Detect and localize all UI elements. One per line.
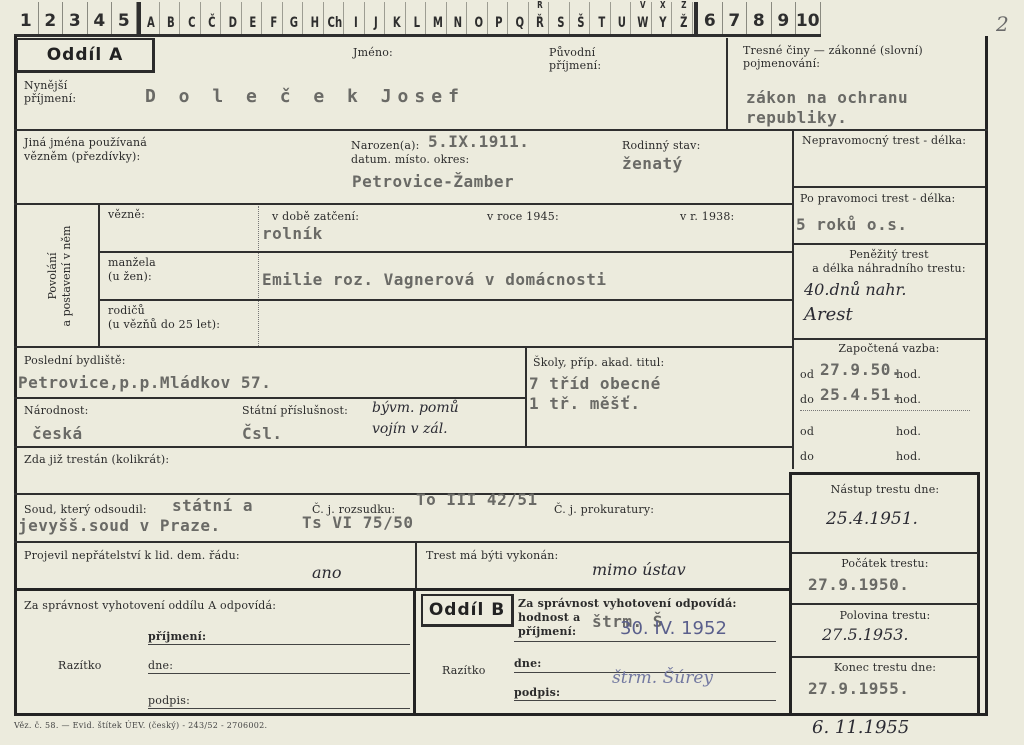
index-tab-o: O bbox=[471, 2, 487, 34]
section-b-date-label: dne: bbox=[514, 657, 542, 670]
custody-row-label: od bbox=[800, 425, 814, 438]
offences-value-line1[interactable]: zákon na ochranu bbox=[746, 88, 908, 107]
aliases-label-line2: vězněm (přezdívky): bbox=[24, 150, 140, 163]
index-tab-u: U bbox=[614, 2, 630, 34]
index-tab-y: XY bbox=[655, 2, 671, 34]
section-a-stamp-label: Razítko bbox=[58, 659, 102, 672]
index-tab-ř: RŘ bbox=[532, 2, 548, 34]
custody-hour-label: hod. bbox=[896, 450, 921, 463]
index-tab-5: 5 bbox=[112, 2, 137, 34]
marital-status-label: Rodinný stav: bbox=[622, 139, 701, 152]
start-date-label: Nástup trestu dne: bbox=[792, 483, 978, 496]
final-sentence-value[interactable]: 5 roků o.s. bbox=[796, 215, 907, 234]
final-sentence-label: Po pravomoci trest - délka: bbox=[800, 192, 955, 205]
index-tab-l: L bbox=[409, 2, 425, 34]
court-value-line1[interactable]: státní a bbox=[172, 496, 253, 515]
fine-label-line1: Peněžitý trest bbox=[795, 248, 983, 261]
born-place-label: datum. místo. okres: bbox=[351, 153, 469, 166]
section-b-stamp-label: Razítko bbox=[442, 664, 486, 677]
occupation-row-label: rodičů bbox=[108, 304, 145, 317]
index-tab-n: N bbox=[450, 2, 466, 34]
half-sentence-label: Polovina trestu: bbox=[792, 609, 978, 622]
citizenship-label: Státní příslušnost: bbox=[242, 404, 348, 417]
index-tab-q: Q bbox=[512, 2, 528, 34]
occupation-row-label: vězně: bbox=[108, 208, 145, 221]
index-tab-t: T bbox=[594, 2, 610, 34]
index-tab-10: 10 bbox=[796, 2, 821, 34]
first-name-label: Jméno: bbox=[353, 46, 393, 59]
citizenship-note-line1[interactable]: bývm. pomů bbox=[372, 400, 459, 416]
schools-value-line1[interactable]: 7 tříd obecné bbox=[529, 374, 661, 393]
index-tab-6: 6 bbox=[698, 2, 723, 34]
index-tab-č: Č bbox=[204, 2, 220, 34]
sentence-begin-label: Počátek trestu: bbox=[792, 557, 978, 570]
born-label: Narozen(a): bbox=[351, 139, 420, 152]
section-a-signature-label: podpis: bbox=[148, 694, 190, 707]
prosecution-number-label: Č. j. prokuratury: bbox=[554, 503, 654, 516]
index-strip: 12345ABCČDEFGHChIJKLMNOPQRŘSŠTUVWXYZŽ678… bbox=[14, 2, 821, 37]
fine-value-line1[interactable]: 40.dnů nahr. bbox=[804, 280, 907, 299]
index-tab-k: K bbox=[389, 2, 405, 34]
schools-value-line2[interactable]: 1 tř. měšť. bbox=[529, 394, 640, 413]
index-tab-ch: Ch bbox=[327, 2, 343, 34]
index-tab-7: 7 bbox=[723, 2, 748, 34]
marital-status-value[interactable]: ženatý bbox=[622, 154, 683, 173]
section-b-rank-label-line2: příjmení: bbox=[518, 625, 576, 638]
hostility-value[interactable]: ano bbox=[312, 563, 341, 582]
custody-hour-label: hod. bbox=[896, 425, 921, 438]
offences-value-line2[interactable]: republiky. bbox=[746, 108, 847, 127]
index-tab-a: A bbox=[143, 2, 159, 34]
citizenship-value[interactable]: Čsl. bbox=[242, 424, 283, 443]
prior-convictions-label: Zda již trestán (kolikrát): bbox=[24, 453, 169, 466]
index-tab-f: F bbox=[266, 2, 282, 34]
half-sentence-value[interactable]: 27.5.1953. bbox=[822, 625, 909, 644]
section-a-title: Oddíl A bbox=[16, 38, 155, 73]
index-tab-8: 8 bbox=[747, 2, 772, 34]
aliases-label-line1: Jiná jména používaná bbox=[24, 136, 147, 149]
index-tab-c: C bbox=[184, 2, 200, 34]
index-tab-s: S bbox=[553, 2, 569, 34]
schools-label: Školy, příp. akad. titul: bbox=[533, 356, 664, 369]
index-tab-d: D bbox=[225, 2, 241, 34]
nationality-value[interactable]: česká bbox=[32, 424, 83, 443]
last-residence-label: Poslední bydliště: bbox=[24, 354, 126, 367]
custody-row-label: do bbox=[800, 450, 814, 463]
index-tab-2: 2 bbox=[39, 2, 64, 34]
index-tab-h: H bbox=[307, 2, 323, 34]
index-tab-m: M bbox=[430, 2, 446, 34]
born-place-value[interactable]: Petrovice-Žamber bbox=[352, 172, 514, 191]
nationality-label: Národnost: bbox=[24, 404, 89, 417]
section-b-date-stamp: 30. IV. 1952 bbox=[620, 618, 727, 639]
custody-row-label: od bbox=[800, 368, 814, 381]
custody-row-value[interactable]: 27.9.50. bbox=[820, 360, 901, 379]
section-b-title: Oddíl B bbox=[421, 594, 514, 627]
index-tab-e: E bbox=[245, 2, 261, 34]
sentence-begin-value[interactable]: 27.9.1950. bbox=[808, 575, 909, 594]
index-tab-superscript: V bbox=[640, 0, 646, 11]
section-a-surname-label: příjmení: bbox=[148, 630, 206, 643]
section-b-signature-label: podpis: bbox=[514, 686, 560, 699]
occupation-row-label: manžela bbox=[108, 256, 156, 269]
hostility-label: Projevil nepřátelství k lid. dem. řádu: bbox=[24, 549, 240, 562]
index-tab-w: VW bbox=[635, 2, 651, 34]
sentence-execution-value[interactable]: mimo ústav bbox=[592, 560, 686, 579]
custody-label: Započtená vazba: bbox=[795, 342, 983, 355]
index-tab-superscript: R bbox=[537, 0, 543, 11]
start-date-value[interactable]: 25.4.1951. bbox=[826, 509, 918, 529]
sentence-execution-label: Trest má býti vykonán: bbox=[426, 549, 558, 562]
citizenship-note-line2[interactable]: vojín v zál. bbox=[372, 421, 448, 437]
prisoner-name-value[interactable]: D o l e č e k Josef bbox=[145, 86, 465, 107]
index-tab-b: B bbox=[163, 2, 179, 34]
form-footer: Věz. č. 58. — Evid. štítek ÚEV. (český) … bbox=[14, 721, 267, 730]
court-label: Soud, který odsoudil: bbox=[24, 503, 147, 516]
index-tab-1: 1 bbox=[14, 2, 39, 34]
section-b-rank-label-line1: hodnost a bbox=[518, 611, 580, 624]
occupation-row-label: (u vězňů do 25 let): bbox=[108, 318, 220, 331]
section-a-date-label: dne: bbox=[148, 659, 173, 672]
fine-value-line2[interactable]: Arest bbox=[804, 304, 853, 325]
custody-row-label: do bbox=[800, 393, 814, 406]
section-b-signature-value[interactable]: štrm. Šúrey bbox=[612, 668, 713, 688]
prisoner-record-card: 12345ABCČDEFGHChIJKLMNOPQRŘSŠTUVWXYZŽ678… bbox=[0, 0, 1024, 745]
index-tab-3: 3 bbox=[63, 2, 88, 34]
corner-handwritten-mark: 2 bbox=[996, 12, 1009, 36]
judgement-number-value1[interactable]: To III 42/51 bbox=[416, 490, 538, 509]
index-tab-i: I bbox=[348, 2, 364, 34]
occupation-column-header: v době zatčení: bbox=[272, 210, 359, 223]
index-tab-p: P bbox=[491, 2, 507, 34]
born-date-value[interactable]: 5.IX.1911. bbox=[428, 132, 529, 151]
non-final-sentence-label: Nepravomocný trest - délka: bbox=[802, 134, 966, 147]
index-separator bbox=[137, 2, 141, 34]
last-residence-value[interactable]: Petrovice,p.p.Mládkov 57. bbox=[18, 373, 271, 392]
occupation-column-header: v r. 1938: bbox=[680, 210, 734, 223]
index-tab-š: Š bbox=[573, 2, 589, 34]
index-tab-superscript: Z bbox=[681, 0, 686, 11]
section-b-responsibility-label: Za správnost vyhotovení odpovídá: bbox=[518, 597, 737, 610]
sentence-end-value[interactable]: 27.9.1955. bbox=[808, 679, 909, 698]
occupation-row-value[interactable]: Emilie roz. Vagnerová v domácnosti bbox=[262, 270, 607, 289]
index-tab-superscript: X bbox=[660, 0, 666, 11]
offences-label: Tresné činy — zákonné (slovní) pojmenová… bbox=[743, 44, 983, 70]
occupation-column-header: v roce 1945: bbox=[487, 210, 559, 223]
judgement-number-value2[interactable]: Ts VI 75/50 bbox=[302, 513, 413, 532]
occupation-row-label: (u žen): bbox=[108, 270, 152, 283]
sentence-end-label: Konec trestu dne: bbox=[792, 661, 978, 674]
custody-row-value[interactable]: 25.4.51. bbox=[820, 385, 901, 404]
occupation-group-label: Povolání a postavení v něm bbox=[46, 206, 74, 346]
occupation-row-value[interactable]: rolník bbox=[262, 224, 323, 243]
section-a-responsibility-label: Za správnost vyhotovení oddílu A odpovíd… bbox=[24, 599, 276, 612]
handwritten-note-below-card[interactable]: 6. 11.1955 bbox=[812, 717, 909, 738]
index-tab-j: J bbox=[368, 2, 384, 34]
index-tab-4: 4 bbox=[88, 2, 113, 34]
current-surname-label: Nynější příjmení: bbox=[24, 79, 104, 105]
fine-label-line2: a délka náhradního trestu: bbox=[795, 262, 983, 275]
index-tab-9: 9 bbox=[772, 2, 797, 34]
index-tab-ž: ZŽ bbox=[676, 2, 692, 34]
index-tab-g: G bbox=[286, 2, 302, 34]
original-surname-label: Původní příjmení: bbox=[549, 46, 601, 72]
court-value-line2[interactable]: jevyšš.soud v Praze. bbox=[18, 516, 221, 535]
